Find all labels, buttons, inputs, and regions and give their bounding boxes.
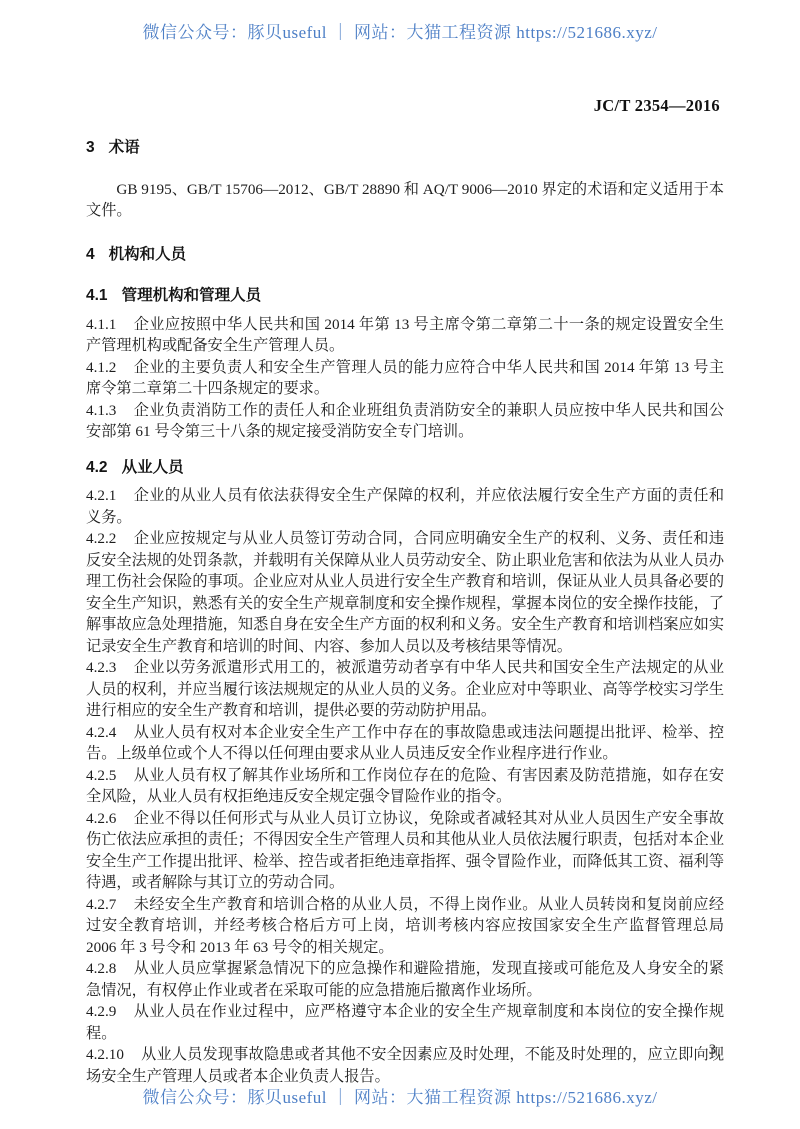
clause-number: 4.2.1 [86, 487, 116, 504]
clause-4.2.10: 4.2.10从业人员发现事故隐患或者其他不安全因素应及时处理，不能及时处理的，应… [86, 1044, 724, 1087]
clause-text: 从业人员发现事故隐患或者其他不安全因素应及时处理，不能及时处理的，应立即向现场安… [86, 1046, 724, 1085]
clause-number: 4.2.2 [86, 530, 116, 547]
clause-number: 4.2.3 [86, 659, 116, 676]
clause-number: 4.1.2 [86, 359, 116, 376]
clause-4.1.1: 4.1.1企业应按照中华人民共和国 2014 年第 13 号主席令第二章第二十一… [86, 314, 724, 357]
heading-number: 4.1 [86, 287, 108, 304]
heading-title: 管理机构和管理人员 [122, 287, 262, 304]
clause-4.2.8: 4.2.8从业人员应掌握紧急情况下的应急操作和避险措施，发现直接或可能危及人身安… [86, 958, 724, 1001]
clause-4.2.1: 4.2.1企业的从业人员有依法获得安全生产保障的权利，并应依法履行安全生产方面的… [86, 485, 724, 528]
clause-4.2.9: 4.2.9从业人员在作业过程中，应严格遵守本企业的安全生产规章制度和本岗位的安全… [86, 1001, 724, 1044]
heading-title: 从业人员 [122, 459, 184, 476]
section-heading-3: 3术语 [86, 137, 724, 159]
clause-text: 从业人员有权了解其作业场所和工作岗位存在的危险、有害因素及防范措施，如存在安全风… [86, 767, 724, 806]
document-page: 微信公众号：豚贝useful ｜ 网站：大猫工程资源 https://52168… [0, 0, 800, 1129]
clause-text: 企业的从业人员有依法获得安全生产保障的权利，并应依法履行安全生产方面的责任和义务… [86, 487, 724, 526]
clause-number: 4.2.9 [86, 1003, 116, 1020]
clause-4.2.5: 4.2.5从业人员有权了解其作业场所和工作岗位存在的危险、有害因素及防范措施，如… [86, 765, 724, 808]
subsection-heading-4.1: 4.1管理机构和管理人员 [86, 285, 724, 307]
document-number: JC/T 2354—2016 [594, 96, 720, 116]
clause-number: 4.1.3 [86, 402, 116, 419]
page-number: 3 [709, 1042, 716, 1059]
document-body: 3术语GB 9195、GB/T 15706—2012、GB/T 28890 和 … [86, 137, 724, 1087]
clause-text: 未经安全生产教育和培训合格的从业人员，不得上岗作业。从业人员转岗和复岗前应经过安… [86, 896, 724, 956]
paragraph-text: GB 9195、GB/T 15706—2012、GB/T 28890 和 AQ/… [86, 181, 724, 220]
clause-text: 企业不得以任何形式与从业人员订立协议，免除或者减轻其对从业人员因生产安全事故伤亡… [86, 810, 724, 892]
clause-number: 4.1.1 [86, 316, 116, 333]
clause-text: 企业负责消防工作的责任人和企业班组负责消防安全的兼职人员应按中华人民共和国公安部… [86, 402, 724, 441]
clause-text: 从业人员有权对本企业安全生产工作中存在的事故隐患或违法问题提出批评、检举、控告。… [86, 724, 724, 763]
clause-number: 4.2.10 [86, 1046, 124, 1063]
clause-4.2.7: 4.2.7未经安全生产教育和培训合格的从业人员，不得上岗作业。从业人员转岗和复岗… [86, 894, 724, 959]
clause-text: 从业人员应掌握紧急情况下的应急操作和避险措施，发现直接或可能危及人身安全的紧急情… [86, 960, 724, 999]
clause-number: 4.2.5 [86, 767, 116, 784]
clause-number: 4.2.4 [86, 724, 116, 741]
heading-number: 4 [86, 246, 95, 263]
clause-text: 从业人员在作业过程中，应严格遵守本企业的安全生产规章制度和本岗位的安全操作规程。 [86, 1003, 724, 1042]
clause-4.1.2: 4.1.2企业的主要负责人和安全生产管理人员的能力应符合中华人民共和国 2014… [86, 357, 724, 400]
clause-text: 企业以劳务派遣形式用工的，被派遣劳动者享有中华人民共和国安全生产法规定的从业人员… [86, 659, 724, 719]
clause-text: 企业的主要负责人和安全生产管理人员的能力应符合中华人民共和国 2014 年第 1… [86, 359, 724, 398]
heading-number: 4.2 [86, 459, 108, 476]
clause-4.2.4: 4.2.4从业人员有权对本企业安全生产工作中存在的事故隐患或违法问题提出批评、检… [86, 722, 724, 765]
clause-number: 4.2.6 [86, 810, 116, 827]
clause-4.2.2: 4.2.2企业应按规定与从业人员签订劳动合同，合同应明确安全生产的权利、义务、责… [86, 528, 724, 657]
clause-text: 企业应按规定与从业人员签订劳动合同，合同应明确安全生产的权利、义务、责任和违反安… [86, 530, 724, 655]
watermark-top: 微信公众号：豚贝useful ｜ 网站：大猫工程资源 https://52168… [0, 18, 800, 43]
clause-4.2.6: 4.2.6企业不得以任何形式与从业人员订立协议，免除或者减轻其对从业人员因生产安… [86, 808, 724, 894]
heading-number: 3 [86, 139, 95, 156]
subsection-heading-4.2: 4.2从业人员 [86, 457, 724, 479]
clause-4.1.3: 4.1.3企业负责消防工作的责任人和企业班组负责消防安全的兼职人员应按中华人民共… [86, 400, 724, 443]
clause-number: 4.2.8 [86, 960, 116, 977]
clause-number: 4.2.7 [86, 896, 116, 913]
paragraph: GB 9195、GB/T 15706—2012、GB/T 28890 和 AQ/… [86, 179, 724, 222]
clause-4.2.3: 4.2.3企业以劳务派遣形式用工的，被派遣劳动者享有中华人民共和国安全生产法规定… [86, 657, 724, 722]
clause-text: 企业应按照中华人民共和国 2014 年第 13 号主席令第二章第二十一条的规定设… [86, 316, 724, 355]
watermark-bottom: 微信公众号：豚贝useful ｜ 网站：大猫工程资源 https://52168… [0, 1083, 800, 1108]
heading-title: 术语 [109, 139, 140, 156]
section-heading-4: 4机构和人员 [86, 244, 724, 266]
heading-title: 机构和人员 [109, 246, 187, 263]
